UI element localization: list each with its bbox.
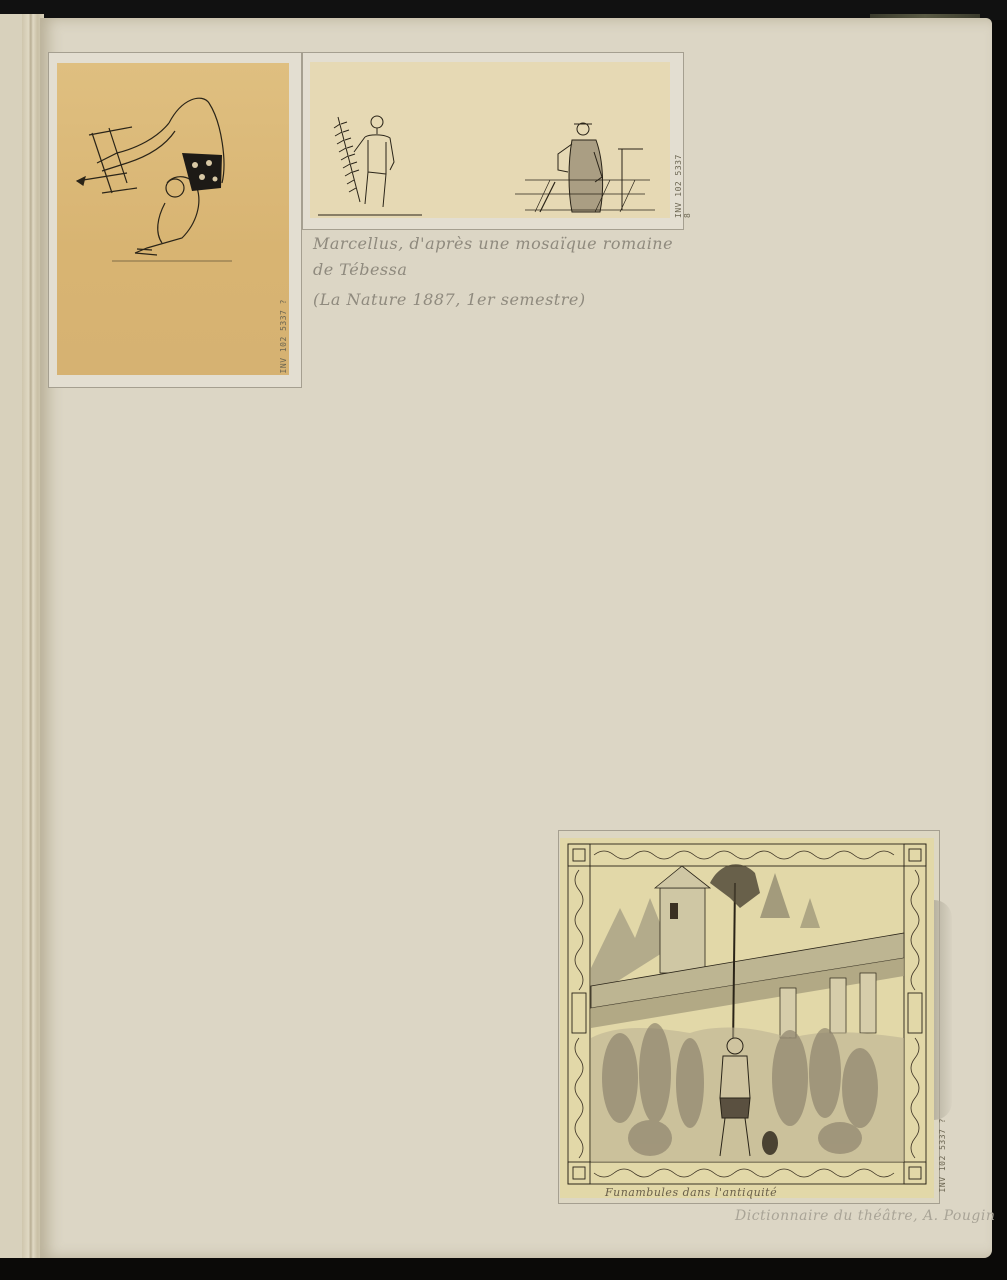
caption-marcellus-line1: Marcellus, d'après une mosaïque romaine — [313, 234, 673, 253]
inventory-label: INV 102 5337 ? — [938, 1118, 947, 1192]
plate-2-mosaic-figures: INV 102 5337 8 — [310, 62, 670, 218]
left-page-edge — [0, 14, 22, 1258]
plate-3-tightrope-print: INV 102 5337 ? — [560, 838, 934, 1198]
inventory-label: INV 102 5337 8 — [674, 147, 692, 218]
caption-marcellus-line2: de Tébessa — [313, 260, 407, 279]
caption-source: Dictionnaire du théâtre, A. Pougin — [735, 1208, 995, 1224]
mosaic-figures-drawing — [310, 62, 670, 218]
acrobat-archer-drawing — [57, 63, 289, 375]
album-binding-bottom — [0, 1258, 1007, 1280]
print-caption: Funambules dans l'antiquité — [605, 1186, 777, 1199]
mount-3-shadow — [934, 900, 952, 1120]
inventory-label: INV 102 5337 ? — [279, 299, 288, 373]
tightrope-performance-drawing — [560, 838, 934, 1198]
album-binding-top — [0, 0, 1007, 20]
caption-marcellus-line3: (La Nature 1887, 1er semestre) — [313, 290, 586, 309]
plate-1-acrobat-archer: INV 102 5337 ? — [57, 63, 289, 375]
